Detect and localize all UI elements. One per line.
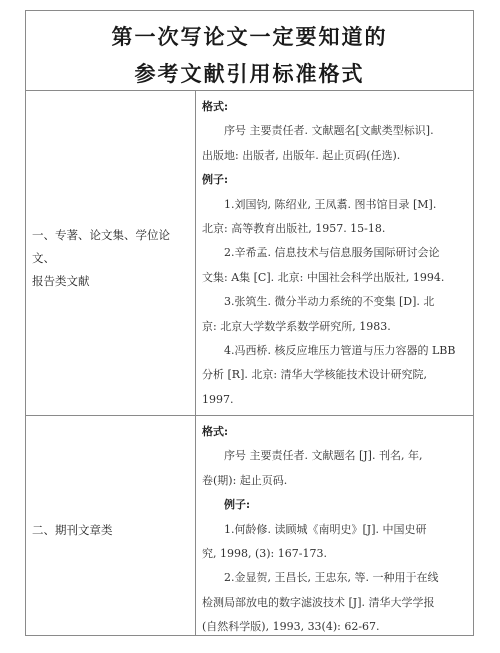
table-row-monographs: 一、专著、论文集、学位论文、 报告类文献 格式: 序号 主要责任者. 文献题名[…	[26, 91, 473, 416]
example-line: 分析 [R]. 北京: 清华大学核能技术设计研究院,	[202, 363, 467, 387]
format-cell: 格式: 序号 主要责任者. 文献题名[文献类型标识]. 出版地: 出版者, 出版…	[196, 91, 473, 415]
title-line-2: 参考文献引用标准格式	[26, 58, 473, 88]
title-line-1: 第一次写论文一定要知道的	[26, 21, 473, 51]
example-line: 2.金显贺, 王昌长, 王忠东, 等. 一种用于在线	[202, 566, 467, 590]
category-label: 一、专著、论文集、学位论文、 报告类文献	[32, 224, 191, 293]
example-line: 1.刘国钧, 陈绍业, 王凤翥. 图书馆目录 [M].	[202, 193, 467, 217]
examples-label: 例子:	[202, 168, 467, 192]
example-line: 究, 1998, (3): 167-173.	[202, 542, 467, 566]
example-line: 3.张筑生. 微分半动力系统的不变集 [D]. 北	[202, 290, 467, 314]
example-line: 1.何龄修. 读顾城《南明史》[J]. 中国史研	[202, 518, 467, 542]
example-line: 文集: A集 [C]. 北京: 中国社会科学出版社, 1994.	[202, 266, 467, 290]
category-cell: 二、期刊文章类	[26, 416, 196, 636]
citation-format-table: 第一次写论文一定要知道的 参考文献引用标准格式 一、专著、论文集、学位论文、 报…	[25, 10, 474, 636]
format-line: 卷(期): 起止页码.	[202, 469, 467, 493]
category-cell: 一、专著、论文集、学位论文、 报告类文献	[26, 91, 196, 415]
format-line: 出版地: 出版者, 出版年. 起止页码(任选).	[202, 144, 467, 168]
format-line: 序号 主要责任者. 文献题名 [J]. 刊名, 年,	[202, 444, 467, 468]
format-line: 序号 主要责任者. 文献题名[文献类型标识].	[202, 119, 467, 143]
format-cell: 格式: 序号 主要责任者. 文献题名 [J]. 刊名, 年, 卷(期): 起止页…	[196, 416, 473, 636]
example-line: 北京: 高等教育出版社, 1957. 15-18.	[202, 217, 467, 241]
example-line: 检测局部放电的数字滤波技术 [J]. 清华大学学报	[202, 591, 467, 615]
example-line: (自然科学版), 1993, 33(4): 62-67.	[202, 615, 467, 639]
format-label: 格式:	[202, 95, 467, 119]
example-line: 1997.	[202, 388, 467, 412]
format-label: 格式:	[202, 420, 467, 444]
example-line: 2.辛希孟. 信息技术与信息服务国际研讨会论	[202, 241, 467, 265]
table-title: 第一次写论文一定要知道的 参考文献引用标准格式	[26, 11, 473, 91]
example-line: 4.冯西桥. 核反应堆压力管道与压力容器的 LBB	[202, 339, 467, 363]
examples-label: 例子:	[202, 493, 467, 517]
category-label: 二、期刊文章类	[32, 519, 191, 542]
table-row-journals: 二、期刊文章类 格式: 序号 主要责任者. 文献题名 [J]. 刊名, 年, 卷…	[26, 416, 473, 636]
example-line: 京: 北京大学数学系数学研究所, 1983.	[202, 315, 467, 339]
